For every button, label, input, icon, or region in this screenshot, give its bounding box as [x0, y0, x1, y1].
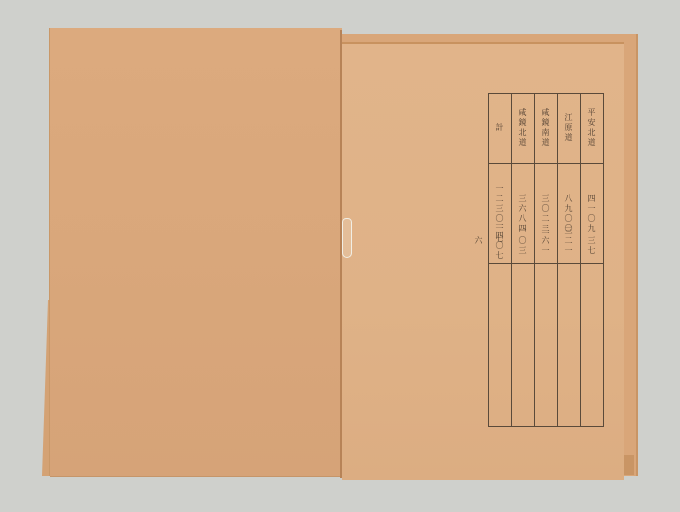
- column-value: 一〇三: [512, 221, 533, 261]
- column-value: 三二一: [558, 221, 579, 261]
- table-column: 江原道 八九〇〇 三二一: [558, 93, 579, 427]
- column-header: 咸鏡北道: [512, 97, 533, 159]
- binding-thread: [342, 218, 352, 258]
- column-header: 計: [489, 97, 510, 159]
- column-header: 江原道: [558, 97, 579, 159]
- table-column: 平安北道 四一〇九 三七: [581, 93, 602, 427]
- table-vline: [603, 93, 604, 427]
- open-booklet: 平安北道 四一〇九 三七 江原道 八九〇〇 三二一 咸鏡南道 三〇二二 二六一 …: [0, 0, 680, 512]
- statistics-table: 平安北道 四一〇九 三七 江原道 八九〇〇 三二一 咸鏡南道 三〇二二 二六一 …: [488, 93, 604, 427]
- table-column: 咸鏡南道 三〇二二 二六一: [535, 93, 556, 427]
- column-header: 平安北道: [581, 97, 602, 159]
- column-value: 三七: [581, 228, 602, 264]
- table-column: 計 一二三〇一七 一四〇七六: [489, 93, 510, 427]
- page-corner: [624, 455, 634, 475]
- table-column: 咸鏡北道 三六八四 一〇三: [512, 93, 533, 427]
- column-value: 一四〇七六: [489, 221, 510, 261]
- column-value: 二六一: [535, 221, 556, 261]
- left-page: [50, 28, 342, 476]
- column-header: 咸鏡南道: [535, 97, 556, 159]
